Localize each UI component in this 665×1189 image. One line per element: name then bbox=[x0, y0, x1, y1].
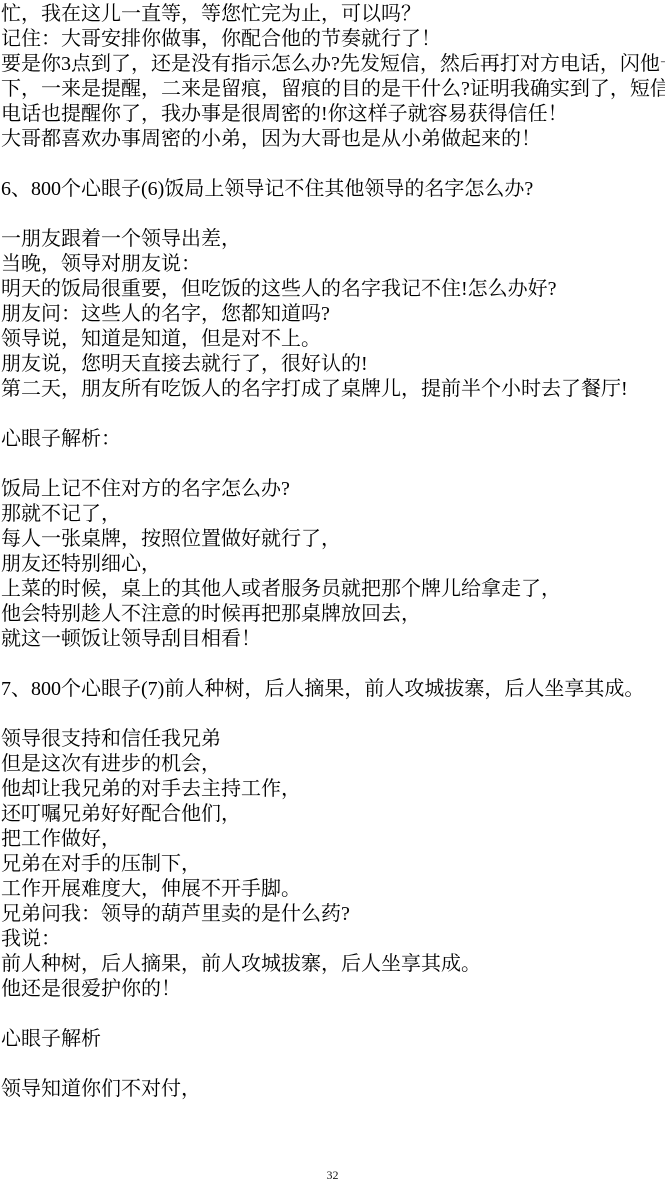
text-line: 心眼子解析 bbox=[1, 1027, 665, 1052]
text-line: 朋友说，您明天直接去就行了，很好认的! bbox=[1, 352, 665, 377]
text-line: 那就不记了， bbox=[1, 502, 665, 527]
text-line: 下，一来是提醒，二来是留痕，留痕的目的是干什么?证明我确实到了，短信， bbox=[1, 77, 665, 102]
text-line bbox=[1, 652, 665, 677]
text-line: 领导知道你们不对付， bbox=[1, 1077, 665, 1102]
text-line: 领导很支持和信任我兄弟 bbox=[1, 727, 665, 752]
text-line: 领导说，知道是知道，但是对不上。 bbox=[1, 327, 665, 352]
text-line: 上菜的时候，桌上的其他人或者服务员就把那个牌儿给拿走了， bbox=[1, 577, 665, 602]
text-line: 忙，我在这儿一直等，等您忙完为止，可以吗？ bbox=[1, 2, 665, 27]
text-line: 他还是很爱护你的！ bbox=[1, 977, 665, 1002]
text-line: 饭局上记不住对方的名字怎么办? bbox=[1, 477, 665, 502]
text-line: 当晚，领导对朋友说： bbox=[1, 252, 665, 277]
text-line bbox=[1, 1002, 665, 1027]
text-line: 朋友问：这些人的名字，您都知道吗? bbox=[1, 302, 665, 327]
text-line: 电话也提醒你了，我办事是很周密的!你这样子就容易获得信任！ bbox=[1, 102, 665, 127]
page-number: 32 bbox=[0, 1168, 665, 1183]
text-line: 工作开展难度大，伸展不开手脚。 bbox=[1, 877, 665, 902]
text-line: 朋友还特别细心， bbox=[1, 552, 665, 577]
text-line: 第二天，朋友所有吃饭人的名字打成了桌牌儿，提前半个小时去了餐厅! bbox=[1, 377, 665, 402]
text-line: 我说： bbox=[1, 927, 665, 952]
text-line: 还叮嘱兄弟好好配合他们， bbox=[1, 802, 665, 827]
text-line: 他却让我兄弟的对手去主持工作， bbox=[1, 777, 665, 802]
text-line: 明天的饭局很重要，但吃饭的这些人的名字我记不住!怎么办好? bbox=[1, 277, 665, 302]
text-line: 大哥都喜欢办事周密的小弟，因为大哥也是从小弟做起来的！ bbox=[1, 127, 665, 152]
text-line: 记住：大哥安排你做事，你配合他的节奏就行了！ bbox=[1, 27, 665, 52]
text-line: 把工作做好， bbox=[1, 827, 665, 852]
text-line: 心眼子解析： bbox=[1, 427, 665, 452]
text-line: 就这一顿饭让领导刮目相看！ bbox=[1, 627, 665, 652]
text-line bbox=[1, 202, 665, 227]
text-line bbox=[1, 452, 665, 477]
text-line: 要是你3点到了，还是没有指示怎么办?先发短信，然后再打对方电话，闪他一 bbox=[1, 52, 665, 77]
text-line: 兄弟问我：领导的葫芦里卖的是什么药? bbox=[1, 902, 665, 927]
text-line: 每人一张桌牌，按照位置做好就行了， bbox=[1, 527, 665, 552]
text-line bbox=[1, 402, 665, 427]
document-text: 忙，我在这儿一直等，等您忙完为止，可以吗？记住：大哥安排你做事，你配合他的节奏就… bbox=[1, 2, 665, 1102]
text-line bbox=[1, 152, 665, 177]
text-line: 7、800个心眼子(7)前人种树，后人摘果，前人攻城拔寨，后人坐享其成。 bbox=[1, 677, 665, 702]
text-line: 但是这次有进步的机会， bbox=[1, 752, 665, 777]
text-line bbox=[1, 702, 665, 727]
text-line: 兄弟在对手的压制下， bbox=[1, 852, 665, 877]
text-line bbox=[1, 1052, 665, 1077]
document-page: 忙，我在这儿一直等，等您忙完为止，可以吗？记住：大哥安排你做事，你配合他的节奏就… bbox=[0, 0, 665, 1189]
text-line: 6、800个心眼子(6)饭局上领导记不住其他领导的名字怎么办? bbox=[1, 177, 665, 202]
text-line: 他会特别趁人不注意的时候再把那桌牌放回去， bbox=[1, 602, 665, 627]
text-line: 一朋友跟着一个领导出差， bbox=[1, 227, 665, 252]
text-line: 前人种树，后人摘果，前人攻城拔寨，后人坐享其成。 bbox=[1, 952, 665, 977]
